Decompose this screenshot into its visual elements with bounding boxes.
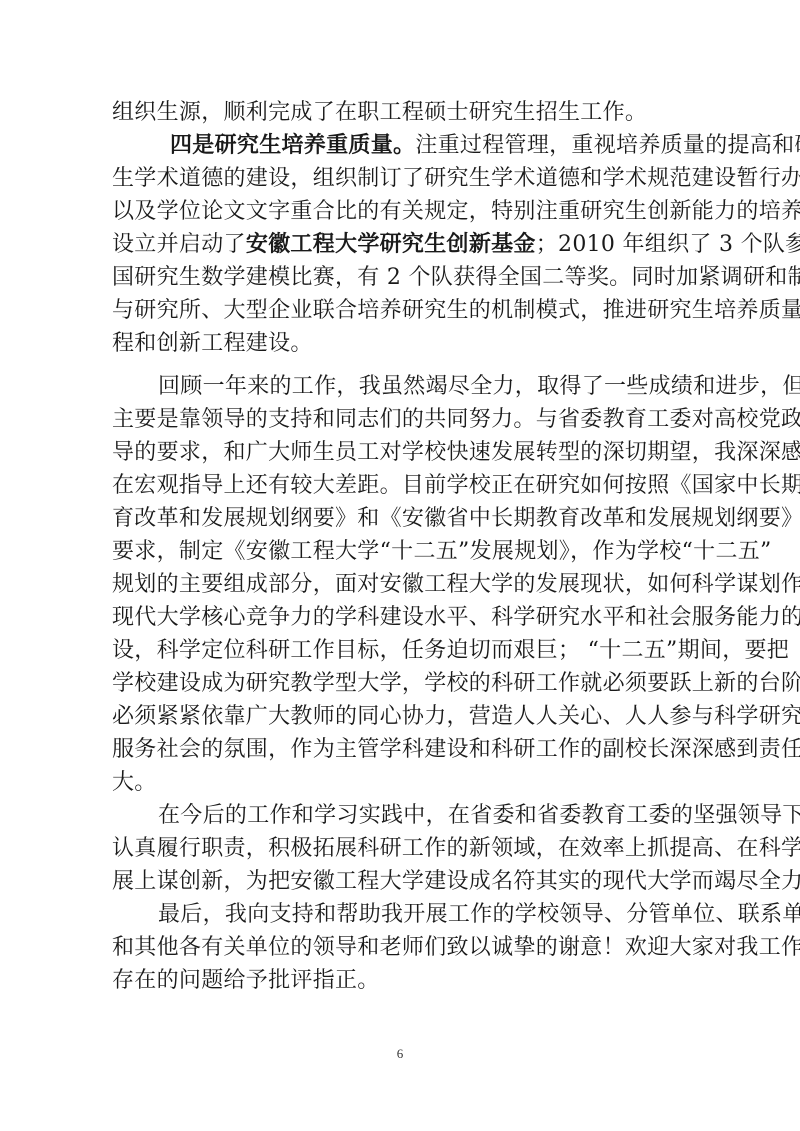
text-line: 规划的主要组成部分，面对安徽工程大学的发展现状，如何科学谋划作为 xyxy=(112,568,700,601)
text-line: 育改革和发展规划纲要》和《安徽省中长期教育改革和发展规划纲要》的 xyxy=(112,502,700,535)
text-line: 和其他各有关单位的领导和老师们致以诚挚的谢意！欢迎大家对我工作中 xyxy=(112,931,700,964)
text-line: 存在的问题给予批评指正。 xyxy=(112,964,700,997)
text-line: 程和创新工程建设。 xyxy=(112,327,700,360)
section-heading: 四是研究生培养重质量。 xyxy=(170,132,415,158)
text-span: ；2010 年组织了 3 个队参加全 xyxy=(536,232,800,257)
text-line: 在宏观指导上还有较大差距。目前学校正在研究如何按照《国家中长期教 xyxy=(112,469,700,502)
text-line: 组织生源，顺利完成了在职工程硕士研究生招生工作。 xyxy=(112,96,700,129)
text-line: 认真履行职责，积极拓展科研工作的新领域，在效率上抓提高、在科学发 xyxy=(112,832,700,865)
text-line: 生学术道德的建设，组织制订了研究生学术道德和学术规范建设暂行办法 xyxy=(112,162,700,195)
paragraph-first-line: 在今后的工作和学习实践中，在省委和省委教育工委的坚强领导下， xyxy=(112,799,700,832)
text-span: 注重过程管理，重视培养质量的提高和研究 xyxy=(415,133,800,158)
text-line: 设立并启动了安徽工程大学研究生创新基金；2010 年组织了 3 个队参加全 xyxy=(112,228,700,261)
page-number: 6 xyxy=(0,1046,800,1062)
fund-name-bold: 安徽工程大学研究生创新基金 xyxy=(246,231,536,257)
paragraph-first-line: 最后，我向支持和帮助我开展工作的学校领导、分管单位、联系单位 xyxy=(112,898,700,931)
text-line: 服务社会的氛围，作为主管学科建设和科研工作的副校长深深感到责任重 xyxy=(112,733,700,766)
text-span: 设立并启动了 xyxy=(112,232,246,257)
text-line: 现代大学核心竞争力的学科建设水平、科学研究水平和社会服务能力的建 xyxy=(112,601,700,634)
text-line: 主要是靠领导的支持和同志们的共同努力。与省委教育工委对高校党政领 xyxy=(112,403,700,436)
text-line: 要求，制定《安徽工程大学“十二五”发展规划》，作为学校“十二五” xyxy=(112,535,700,568)
text-line: 导的要求，和广大师生员工对学校快速发展转型的深切期望，我深深感到 xyxy=(112,436,700,469)
paragraph-gap xyxy=(112,360,700,370)
text-line: 展上谋创新，为把安徽工程大学建设成名符其实的现代大学而竭尽全力。 xyxy=(112,865,700,898)
text-line: 国研究生数学建模比赛，有 2 个队获得全国二等奖。同时加紧调研和制定 xyxy=(112,261,700,294)
document-page: 组织生源，顺利完成了在职工程硕士研究生招生工作。 四是研究生培养重质量。注重过程… xyxy=(0,0,800,1131)
text-line: 学校建设成为研究教学型大学，学校的科研工作就必须要跃上新的台阶， xyxy=(112,667,700,700)
text-line: 设，科学定位科研工作目标，任务迫切而艰巨； “十二五”期间，要把 xyxy=(112,634,700,667)
document-body: 组织生源，顺利完成了在职工程硕士研究生招生工作。 四是研究生培养重质量。注重过程… xyxy=(112,96,700,997)
paragraph-first-line: 四是研究生培养重质量。注重过程管理，重视培养质量的提高和研究 xyxy=(112,129,700,162)
paragraph-first-line: 回顾一年来的工作，我虽然竭尽全力，取得了一些成绩和进步，但这 xyxy=(112,370,700,403)
text-line: 以及学位论文文字重合比的有关规定，特别注重研究生创新能力的培养， xyxy=(112,195,700,228)
text-line: 必须紧紧依靠广大教师的同心协力，营造人人关心、人人参与科学研究和 xyxy=(112,700,700,733)
text-line: 与研究所、大型企业联合培养研究生的机制模式，推进研究生培养质量工 xyxy=(112,294,700,327)
text-line: 大。 xyxy=(112,766,700,799)
